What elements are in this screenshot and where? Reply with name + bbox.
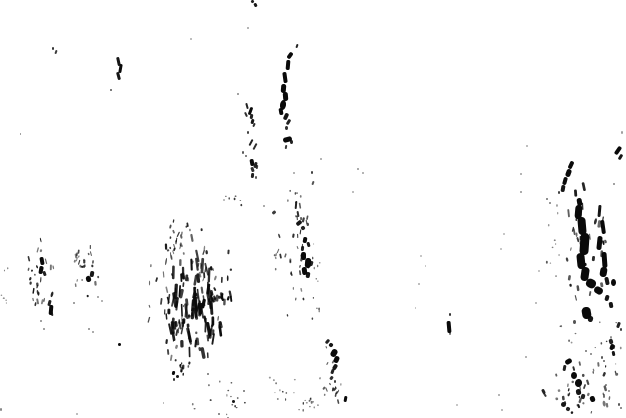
texture-background [0,0,626,418]
grunge-texture [0,0,626,418]
grunge-texture-svg [0,0,626,418]
